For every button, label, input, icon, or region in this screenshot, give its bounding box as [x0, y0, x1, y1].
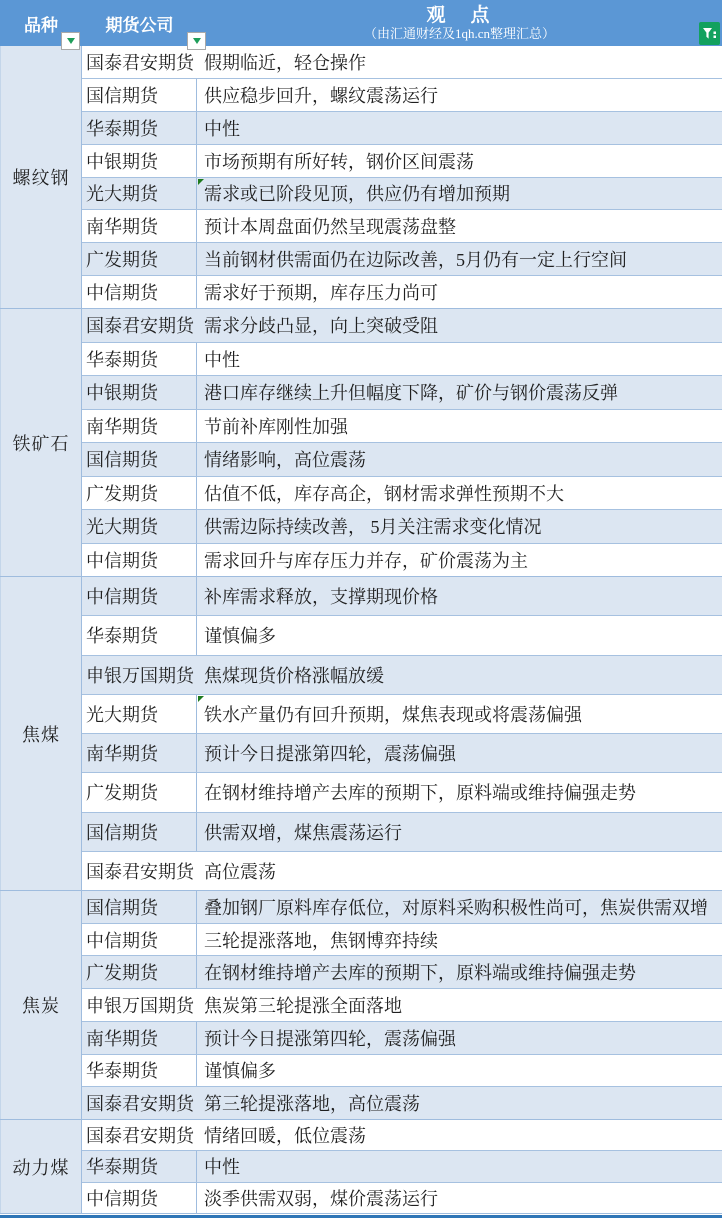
company-cell[interactable]: 光大期货 — [82, 510, 197, 543]
header-company-label: 期货公司 — [106, 11, 174, 36]
opinion-text: 情绪影响，高位震荡 — [204, 446, 366, 472]
company-name: 广发期货 — [86, 779, 158, 805]
variety-group: 螺纹钢国泰君安期货假期临近，轻仓操作国信期货供应稳步回升，螺纹震荡运行华泰期货中… — [0, 46, 722, 309]
company-filter-dropdown-icon[interactable] — [187, 32, 206, 50]
company-cell[interactable]: 南华期货 — [82, 1022, 197, 1054]
opinion-cell[interactable]: 预计今日提涨第四轮，震荡偏强 — [197, 734, 722, 772]
opinion-text: 高位震荡 — [204, 858, 276, 884]
opinion-text: 铁水产量仍有回升预期，煤焦表现或将震荡偏强 — [204, 701, 582, 727]
opinion-cell[interactable]: 需求分歧凸显，向上突破受阻 — [197, 309, 722, 342]
table-row: 华泰期货中性 — [82, 1151, 722, 1182]
company-cell[interactable]: 华泰期货 — [82, 112, 197, 144]
company-cell[interactable]: 中信期货 — [82, 276, 197, 308]
company-cell[interactable]: 申银万国期货 — [82, 989, 197, 1021]
table-row: 中信期货补库需求释放，支撑期现价格 — [82, 577, 722, 616]
company-name: 广发期货 — [86, 246, 158, 272]
table-row: 广发期货在钢材维持增产去库的预期下，原料端或维持偏强走势 — [82, 956, 722, 989]
variety-group: 焦煤中信期货补库需求释放，支撑期现价格华泰期货谨慎偏多申银万国期货焦煤现货价格涨… — [0, 577, 722, 891]
company-cell[interactable]: 国泰君安期货 — [82, 309, 197, 342]
company-cell[interactable]: 中信期货 — [82, 544, 197, 577]
opinion-text: 谨慎偏多 — [204, 622, 276, 648]
variety-cell[interactable]: 铁矿石 — [0, 309, 82, 576]
table-row: 光大期货需求或已阶段见顶，供应仍有增加预期 — [82, 178, 722, 211]
company-cell[interactable]: 国信期货 — [82, 813, 197, 851]
opinion-text: 第三轮提涨落地，高位震荡 — [204, 1090, 420, 1116]
company-name: 广发期货 — [86, 480, 158, 506]
opinion-text: 在钢材维持增产去库的预期下，原料端或维持偏强走势 — [204, 959, 636, 985]
company-name: 南华期货 — [86, 213, 158, 239]
opinion-text: 叠加钢厂原料库存低位，对原料采购积极性尚可，焦炭供需双增 — [204, 894, 708, 920]
opinion-subtitle: （由汇通财经及1qh.cn整理汇总） — [364, 26, 555, 41]
header-cell-opinion[interactable]: 观 点 （由汇通财经及1qh.cn整理汇总） — [197, 0, 722, 46]
company-cell[interactable]: 华泰期货 — [82, 1151, 197, 1181]
table-row: 华泰期货谨慎偏多 — [82, 616, 722, 655]
variety-filter-dropdown-icon[interactable] — [61, 32, 80, 50]
table-row: 申银万国期货焦炭第三轮提涨全面落地 — [82, 989, 722, 1022]
company-name: 中信期货 — [86, 547, 158, 573]
company-name: 国信期货 — [86, 446, 158, 472]
opinion-cell[interactable]: 中性 — [197, 343, 722, 376]
opinion-cell[interactable]: 中性 — [197, 1151, 722, 1181]
company-cell[interactable]: 国信期货 — [82, 443, 197, 476]
variety-cell[interactable]: 螺纹钢 — [0, 46, 82, 308]
opinion-text: 市场预期有所好转，钢价区间震荡 — [204, 148, 474, 174]
opinion-cell[interactable]: 估值不低，库存高企，钢材需求弹性预期不大 — [197, 477, 722, 510]
company-cell[interactable]: 申银万国期货 — [82, 656, 197, 694]
table-row: 国泰君安期货第三轮提涨落地，高位震荡 — [82, 1087, 722, 1119]
opinion-text: 需求好于预期，库存压力尚可 — [204, 279, 438, 305]
table-row: 中信期货需求好于预期，库存压力尚可 — [82, 276, 722, 308]
opinion-cell[interactable]: 需求好于预期，库存压力尚可 — [197, 276, 722, 308]
company-name: 华泰期货 — [86, 346, 158, 372]
company-cell[interactable]: 国泰君安期货 — [82, 1120, 197, 1150]
opinion-text: 谨慎偏多 — [204, 1057, 276, 1083]
opinion-cell[interactable]: 谨慎偏多 — [197, 616, 722, 654]
table-row: 国信期货情绪影响，高位震荡 — [82, 443, 722, 477]
opinion-text: 焦煤现货价格涨幅放缓 — [204, 662, 384, 688]
opinion-text: 需求分歧凸显，向上突破受阻 — [204, 312, 438, 338]
opinion-title: 观 点 — [426, 6, 492, 26]
table-row: 南华期货预计今日提涨第四轮，震荡偏强 — [82, 1022, 722, 1055]
opinion-cell[interactable]: 需求回升与库存压力并存，矿价震荡为主 — [197, 544, 722, 577]
company-cell[interactable]: 华泰期货 — [82, 616, 197, 654]
opinion-cell[interactable]: 在钢材维持增产去库的预期下，原料端或维持偏强走势 — [197, 956, 722, 988]
company-name: 光大期货 — [86, 513, 158, 539]
opinion-cell[interactable]: 市场预期有所好转，钢价区间震荡 — [197, 145, 722, 177]
opinion-cell[interactable]: 三轮提涨落地，焦钢博弈持续 — [197, 924, 722, 956]
table-row: 中银期货市场预期有所好转，钢价区间震荡 — [82, 145, 722, 178]
group-rows: 国信期货叠加钢厂原料库存低位，对原料采购积极性尚可，焦炭供需双增中信期货三轮提涨… — [82, 891, 722, 1119]
table-row: 广发期货当前钢材供需面仍在边际改善，5月仍有一定上行空间 — [82, 243, 722, 276]
opinion-text: 预计本周盘面仍然呈现震荡盘整 — [204, 213, 456, 239]
opinion-cell[interactable]: 港口库存继续上升但幅度下降，矿价与钢价震荡反弹 — [197, 376, 722, 409]
table-row: 申银万国期货焦煤现货价格涨幅放缓 — [82, 656, 722, 695]
company-name: 国泰君安期货 — [86, 49, 194, 75]
opinion-cell[interactable]: 预计本周盘面仍然呈现震荡盘整 — [197, 210, 722, 242]
company-cell[interactable]: 中信期货 — [82, 1183, 197, 1213]
chevron-down-icon — [67, 38, 75, 44]
opinion-cell[interactable]: 当前钢材供需面仍在边际改善，5月仍有一定上行空间 — [197, 243, 722, 275]
opinion-text: 情绪回暖，低位震荡 — [204, 1122, 366, 1148]
company-name: 华泰期货 — [86, 1057, 158, 1083]
opinion-cell[interactable]: 高位震荡 — [197, 852, 722, 890]
header-cell-variety[interactable]: 品种 — [0, 0, 82, 46]
table-row: 中信期货需求回升与库存压力并存，矿价震荡为主 — [82, 544, 722, 577]
table-row: 南华期货预计本周盘面仍然呈现震荡盘整 — [82, 210, 722, 243]
table-row: 光大期货铁水产量仍有回升预期，煤焦表现或将震荡偏强 — [82, 695, 722, 734]
variety-label: 铁矿石 — [13, 430, 70, 456]
company-cell[interactable]: 中信期货 — [82, 924, 197, 956]
opinion-text: 节前补库刚性加强 — [204, 413, 348, 439]
header-cell-company[interactable]: 期货公司 — [82, 0, 197, 46]
group-rows: 国泰君安期货情绪回暖，低位震荡华泰期货中性中信期货淡季供需双弱，煤价震荡运行 — [82, 1120, 722, 1213]
variety-label: 螺纹钢 — [13, 164, 70, 190]
opinion-text: 中性 — [204, 346, 240, 372]
company-name: 光大期货 — [86, 701, 158, 727]
opinion-text: 预计今日提涨第四轮，震荡偏强 — [204, 1025, 456, 1051]
header-variety-label: 品种 — [24, 11, 58, 36]
opinion-cell[interactable]: 铁水产量仍有回升预期，煤焦表现或将震荡偏强 — [197, 695, 722, 733]
group-rows: 国泰君安期货需求分歧凸显，向上突破受阻华泰期货中性中银期货港口库存继续上升但幅度… — [82, 309, 722, 576]
opinion-cell[interactable]: 供需双增，煤焦震荡运行 — [197, 813, 722, 851]
funnel-glyph — [701, 25, 718, 42]
opinion-text: 供需边际持续改善， 5月关注需求变化情况 — [204, 513, 542, 539]
opinion-cell[interactable]: 预计今日提涨第四轮，震荡偏强 — [197, 1022, 722, 1054]
company-cell[interactable]: 中银期货 — [82, 376, 197, 409]
opinion-cell[interactable]: 叠加钢厂原料库存低位，对原料采购积极性尚可，焦炭供需双增 — [197, 891, 722, 923]
variety-cell[interactable]: 焦煤 — [0, 577, 82, 890]
company-cell[interactable]: 中信期货 — [82, 577, 197, 615]
company-name: 中银期货 — [86, 379, 158, 405]
opinion-text: 需求或已阶段见顶，供应仍有增加预期 — [204, 180, 510, 206]
group-rows: 国泰君安期货假期临近，轻仓操作国信期货供应稳步回升，螺纹震荡运行华泰期货中性中银… — [82, 46, 722, 308]
variety-group: 铁矿石国泰君安期货需求分歧凸显，向上突破受阻华泰期货中性中银期货港口库存继续上升… — [0, 309, 722, 577]
opinion-cell[interactable]: 供应稳步回升，螺纹震荡运行 — [197, 79, 722, 111]
opinion-cell[interactable]: 焦炭第三轮提涨全面落地 — [197, 989, 722, 1021]
opinion-text: 三轮提涨落地，焦钢博弈持续 — [204, 927, 438, 953]
opinion-cell[interactable]: 供需边际持续改善， 5月关注需求变化情况 — [197, 510, 722, 543]
opinion-text: 当前钢材供需面仍在边际改善，5月仍有一定上行空间 — [204, 246, 627, 272]
company-name: 申银万国期货 — [86, 662, 194, 688]
table-row: 光大期货供需边际持续改善， 5月关注需求变化情况 — [82, 510, 722, 544]
table-header: 品种 期货公司 观 点 （由汇通财经及1qh.cn整理汇总） — [0, 0, 722, 46]
table-row: 国信期货叠加钢厂原料库存低位，对原料采购积极性尚可，焦炭供需双增 — [82, 891, 722, 924]
opinion-text: 估值不低，库存高企，钢材需求弹性预期不大 — [204, 480, 564, 506]
company-name: 南华期货 — [86, 740, 158, 766]
company-cell[interactable]: 国泰君安期货 — [82, 852, 197, 890]
company-cell[interactable]: 广发期货 — [82, 243, 197, 275]
table-row: 国信期货供应稳步回升，螺纹震荡运行 — [82, 79, 722, 112]
variety-cell[interactable]: 动力煤 — [0, 1120, 82, 1213]
company-name: 中信期货 — [86, 279, 158, 305]
company-name: 华泰期货 — [86, 115, 158, 141]
company-name: 中信期货 — [86, 927, 158, 953]
opinion-cell[interactable]: 情绪回暖，低位震荡 — [197, 1120, 722, 1150]
table-row: 华泰期货谨慎偏多 — [82, 1055, 722, 1088]
table-row: 国泰君安期货情绪回暖，低位震荡 — [82, 1120, 722, 1151]
company-cell[interactable]: 南华期货 — [82, 734, 197, 772]
chevron-down-icon — [193, 38, 201, 44]
company-cell[interactable]: 光大期货 — [82, 178, 197, 210]
company-cell[interactable]: 中银期货 — [82, 145, 197, 177]
table-row: 中信期货淡季供需双弱，煤价震荡运行 — [82, 1183, 722, 1213]
company-cell[interactable]: 国信期货 — [82, 891, 197, 923]
table-body: 螺纹钢国泰君安期货假期临近，轻仓操作国信期货供应稳步回升，螺纹震荡运行华泰期货中… — [0, 46, 722, 1214]
variety-label: 动力煤 — [13, 1154, 70, 1180]
company-name: 光大期货 — [86, 180, 158, 206]
table-row: 国泰君安期货假期临近，轻仓操作 — [82, 46, 722, 79]
table-row: 中信期货三轮提涨落地，焦钢博弈持续 — [82, 924, 722, 957]
table-row: 国泰君安期货需求分歧凸显，向上突破受阻 — [82, 309, 722, 343]
company-name: 中信期货 — [86, 1185, 158, 1211]
company-cell[interactable]: 广发期货 — [82, 477, 197, 510]
opinion-text: 焦炭第三轮提涨全面落地 — [204, 992, 402, 1018]
table-row: 华泰期货中性 — [82, 343, 722, 377]
opinion-cell[interactable]: 补库需求释放，支撑期现价格 — [197, 577, 722, 615]
variety-group: 焦炭国信期货叠加钢厂原料库存低位，对原料采购积极性尚可，焦炭供需双增中信期货三轮… — [0, 891, 722, 1120]
company-name: 申银万国期货 — [86, 992, 194, 1018]
company-name: 广发期货 — [86, 959, 158, 985]
table-row: 南华期货节前补库刚性加强 — [82, 410, 722, 444]
opinion-text: 淡季供需双弱，煤价震荡运行 — [204, 1185, 438, 1211]
company-name: 国信期货 — [86, 82, 158, 108]
company-name: 国泰君安期货 — [86, 1122, 194, 1148]
opinion-cell[interactable]: 节前补库刚性加强 — [197, 410, 722, 443]
variety-cell[interactable]: 焦炭 — [0, 891, 82, 1119]
company-name: 华泰期货 — [86, 622, 158, 648]
opinion-text: 中性 — [204, 115, 240, 141]
company-name: 国泰君安期货 — [86, 858, 194, 884]
opinion-cell[interactable]: 谨慎偏多 — [197, 1055, 722, 1087]
opinion-cell[interactable]: 在钢材维持增产去库的预期下，原料端或维持偏强走势 — [197, 773, 722, 811]
company-name: 华泰期货 — [86, 1153, 158, 1179]
company-cell[interactable]: 华泰期货 — [82, 343, 197, 376]
table-row: 南华期货预计今日提涨第四轮，震荡偏强 — [82, 734, 722, 773]
opinion-text: 补库需求释放，支撑期现价格 — [204, 583, 438, 609]
table-row: 广发期货在钢材维持增产去库的预期下，原料端或维持偏强走势 — [82, 773, 722, 812]
company-cell[interactable]: 国泰君安期货 — [82, 1087, 197, 1119]
company-name: 中银期货 — [86, 148, 158, 174]
opinion-cell[interactable]: 中性 — [197, 112, 722, 144]
futures-opinion-sheet: 品种 期货公司 观 点 （由汇通财经及1qh.cn整理汇总） 螺纹钢国泰君安期货… — [0, 0, 722, 1218]
company-cell[interactable]: 南华期货 — [82, 210, 197, 242]
opinion-text: 供需双增，煤焦震荡运行 — [204, 819, 402, 845]
table-row: 中银期货港口库存继续上升但幅度下降，矿价与钢价震荡反弹 — [82, 376, 722, 410]
table-row: 华泰期货中性 — [82, 112, 722, 145]
opinion-cell[interactable]: 需求或已阶段见顶，供应仍有增加预期 — [197, 178, 722, 210]
variety-label: 焦炭 — [22, 992, 60, 1018]
opinion-text: 在钢材维持增产去库的预期下，原料端或维持偏强走势 — [204, 779, 636, 805]
company-name: 国泰君安期货 — [86, 312, 194, 338]
company-cell[interactable]: 广发期货 — [82, 773, 197, 811]
opinion-text: 预计今日提涨第四轮，震荡偏强 — [204, 740, 456, 766]
company-cell[interactable]: 国信期货 — [82, 79, 197, 111]
opinion-cell[interactable]: 假期临近，轻仓操作 — [197, 46, 722, 78]
opinion-cell[interactable]: 淡季供需双弱，煤价震荡运行 — [197, 1183, 722, 1213]
opinion-cell[interactable]: 焦煤现货价格涨幅放缓 — [197, 656, 722, 694]
opinion-text: 需求回升与库存压力并存，矿价震荡为主 — [204, 547, 528, 573]
opinion-cell[interactable]: 第三轮提涨落地，高位震荡 — [197, 1087, 722, 1119]
company-cell[interactable]: 国泰君安期货 — [82, 46, 197, 78]
company-cell[interactable]: 华泰期货 — [82, 1055, 197, 1087]
company-name: 南华期货 — [86, 1025, 158, 1051]
company-name: 中信期货 — [86, 583, 158, 609]
variety-group: 动力煤国泰君安期货情绪回暖，低位震荡华泰期货中性中信期货淡季供需双弱，煤价震荡运… — [0, 1120, 722, 1214]
variety-label: 焦煤 — [22, 721, 60, 747]
opinion-text: 中性 — [204, 1153, 240, 1179]
company-name: 南华期货 — [86, 413, 158, 439]
opinion-text: 供应稳步回升，螺纹震荡运行 — [204, 82, 438, 108]
opinion-cell[interactable]: 情绪影响，高位震荡 — [197, 443, 722, 476]
group-rows: 中信期货补库需求释放，支撑期现价格华泰期货谨慎偏多申银万国期货焦煤现货价格涨幅放… — [82, 577, 722, 890]
funnel-filter-icon[interactable] — [699, 22, 720, 45]
company-name: 国泰君安期货 — [86, 1090, 194, 1116]
table-row: 国信期货供需双增，煤焦震荡运行 — [82, 813, 722, 852]
table-row: 广发期货估值不低，库存高企，钢材需求弹性预期不大 — [82, 477, 722, 511]
table-row: 国泰君安期货高位震荡 — [82, 852, 722, 890]
company-cell[interactable]: 广发期货 — [82, 956, 197, 988]
opinion-text: 假期临近，轻仓操作 — [204, 49, 366, 75]
company-cell[interactable]: 光大期货 — [82, 695, 197, 733]
company-name: 国信期货 — [86, 819, 158, 845]
opinion-text: 港口库存继续上升但幅度下降，矿价与钢价震荡反弹 — [204, 379, 618, 405]
company-cell[interactable]: 南华期货 — [82, 410, 197, 443]
company-name: 国信期货 — [86, 894, 158, 920]
